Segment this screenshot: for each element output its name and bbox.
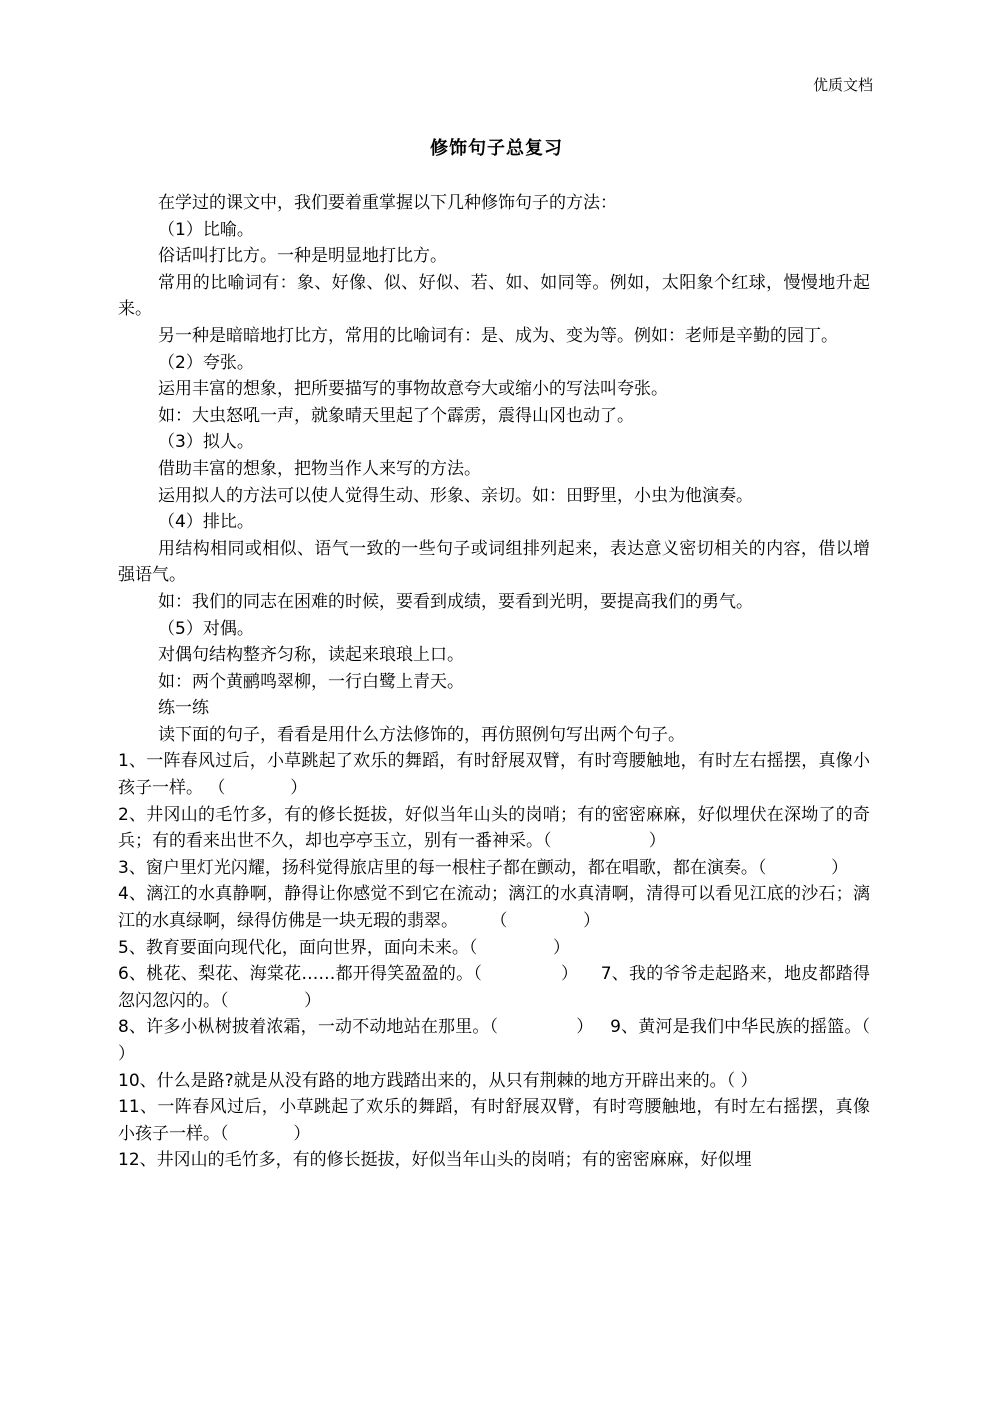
- paragraph: 另一种是暗暗地打比方，常用的比喻词有：是、成为、变为等。例如：老师是辛勤的园丁。: [118, 323, 870, 350]
- exercise-item-6-7: 6、桃花、梨花、海棠花……都开得笑盈盈的。（ ） 7、我的爷爷走起路来，地皮都踏…: [118, 961, 870, 1014]
- section-heading-metaphor: （1）比喻。: [118, 217, 870, 244]
- paragraph: 用结构相同或相似、语气一致的一些句子或词组排列起来，表达意义密切相关的内容，借以…: [118, 536, 870, 589]
- section-heading-parallelism: （4）排比。: [118, 509, 870, 536]
- exercise-item-8-9: 8、许多小枞树披着浓霜，一动不动地站在那里。（ ） 9、黄河是我们中华民族的摇篮…: [118, 1014, 870, 1067]
- paragraph: 如：我们的同志在困难的时候，要看到成绩，要看到光明，要提高我们的勇气。: [118, 589, 870, 616]
- document-body: 在学过的课文中，我们要着重掌握以下几种修饰句子的方法： （1）比喻。 俗话叫打比…: [118, 190, 870, 1174]
- paragraph: 运用拟人的方法可以使人觉得生动、形象、亲切。如：田野里，小虫为他演奏。: [118, 483, 870, 510]
- exercise-item-1: 1、一阵春风过后，小草跳起了欢乐的舞蹈，有时舒展双臂，有时弯腰触地，有时左右摇摆…: [118, 748, 870, 801]
- paragraph: 对偶句结构整齐匀称，读起来琅琅上口。: [118, 642, 870, 669]
- document-title: 修饰句子总复习: [0, 134, 993, 160]
- exercise-item-5: 5、教育要面向现代化，面向世界，面向未来。（ ）: [118, 935, 870, 962]
- exercise-item-12: 12、井冈山的毛竹多，有的修长挺拔，好似当年山头的岗哨；有的密密麻麻，好似埋: [118, 1147, 870, 1174]
- section-heading-hyperbole: （2）夸张。: [118, 350, 870, 377]
- paragraph: 如：大虫怒吼一声，就象晴天里起了个霹雳，震得山冈也动了。: [118, 403, 870, 430]
- paragraph: 借助丰富的想象，把物当作人来写的方法。: [118, 456, 870, 483]
- paragraph: 运用丰富的想象，把所要描写的事物故意夸大或缩小的写法叫夸张。: [118, 376, 870, 403]
- intro-paragraph: 在学过的课文中，我们要着重掌握以下几种修饰句子的方法：: [118, 190, 870, 217]
- exercise-item-10: 10、什么是路?就是从没有路的地方践踏出来的，从只有荆棘的地方开辟出来的。（ ）: [118, 1068, 870, 1095]
- page-header-label: 优质文档: [813, 74, 873, 95]
- paragraph: 常用的比喻词有：象、好像、似、好似、若、如、如同等。例如，太阳象个红球，慢慢地升…: [118, 270, 870, 323]
- paragraph: 俗话叫打比方。一种是明显地打比方。: [118, 243, 870, 270]
- practice-heading: 练一练: [118, 695, 870, 722]
- exercise-item-3: 3、窗户里灯光闪耀，扬科觉得旅店里的每一根柱子都在颤动，都在唱歌，都在演奏。（ …: [118, 855, 870, 882]
- section-heading-antithesis: （5）对偶。: [118, 616, 870, 643]
- exercise-item-4: 4、漓江的水真静啊，静得让你感觉不到它在流动；漓江的水真清啊，清得可以看见江底的…: [118, 881, 870, 934]
- paragraph: 如：两个黄鹂鸣翠柳，一行白鹭上青天。: [118, 669, 870, 696]
- practice-instructions: 读下面的句子，看看是用什么方法修饰的，再仿照例句写出两个句子。: [118, 722, 870, 749]
- exercise-item-11: 11、一阵春风过后，小草跳起了欢乐的舞蹈，有时舒展双臂，有时弯腰触地，有时左右摇…: [118, 1094, 870, 1147]
- section-heading-personification: （3）拟人。: [118, 429, 870, 456]
- exercise-item-2: 2、井冈山的毛竹多，有的修长挺拔，好似当年山头的岗哨；有的密密麻麻，好似埋伏在深…: [118, 802, 870, 855]
